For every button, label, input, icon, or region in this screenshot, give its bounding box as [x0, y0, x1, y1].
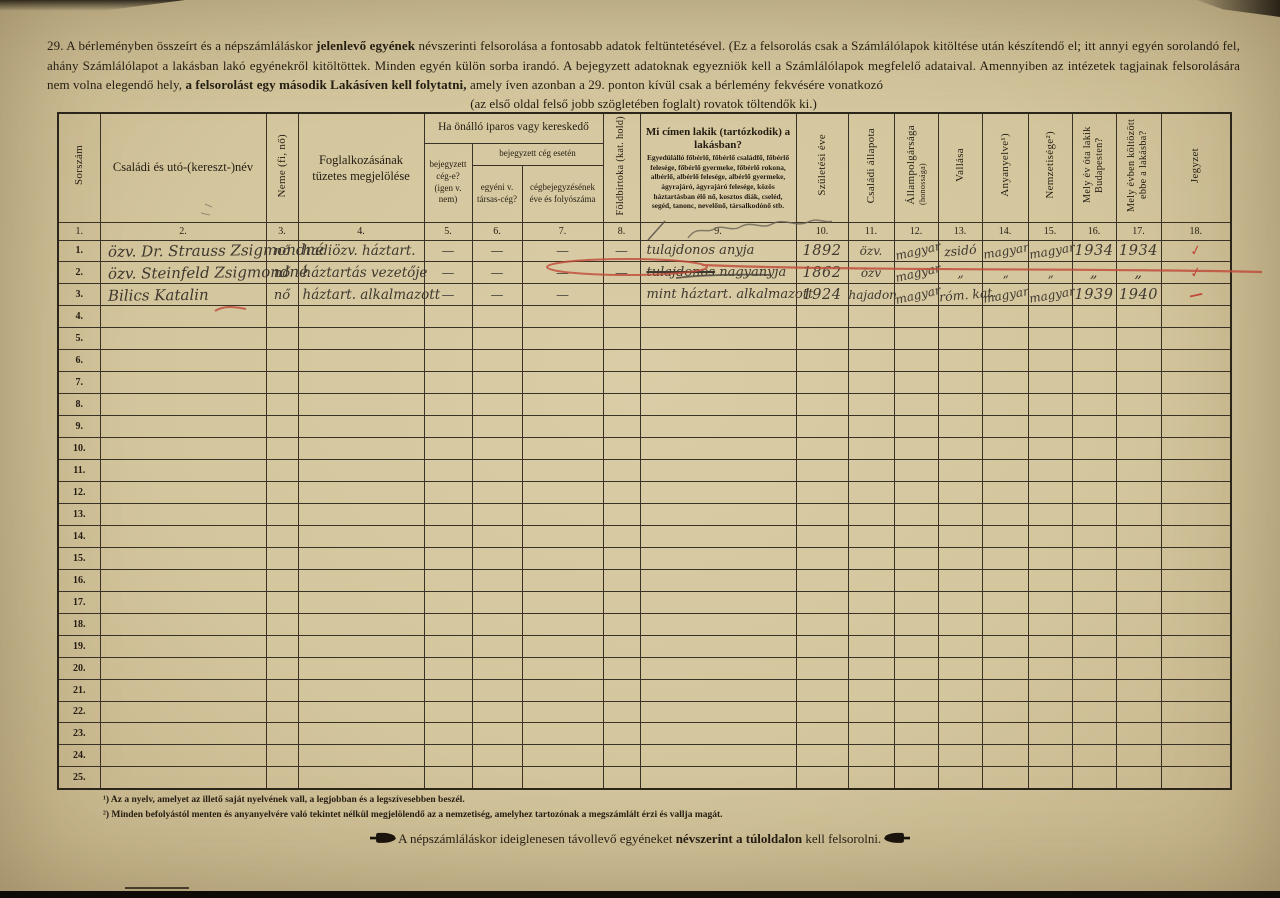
table-cell	[1161, 372, 1231, 394]
table-cell	[894, 723, 938, 745]
table-cell	[640, 503, 796, 525]
handwritten-entry: ✓	[1188, 242, 1203, 260]
table-cell	[848, 723, 894, 745]
col-num: 10.	[796, 222, 848, 240]
header-foglalkozas: Foglalkozásának tüzetes megjelölése	[298, 113, 424, 222]
row-number: 3.	[58, 284, 100, 306]
intro-last-line: (az első oldal felső jobb szögletében fo…	[47, 96, 1240, 112]
table-cell	[1161, 613, 1231, 635]
table-cell	[982, 438, 1028, 460]
table-cell	[640, 350, 796, 372]
table-cell	[938, 416, 982, 438]
table-cell	[522, 438, 603, 460]
table-cell	[472, 372, 522, 394]
table-cell	[603, 284, 640, 306]
table-cell	[1028, 701, 1072, 723]
table-cell	[1116, 503, 1161, 525]
table-cell	[640, 745, 796, 767]
table-cell	[522, 328, 603, 350]
table-cell	[603, 460, 640, 482]
table-cell	[603, 306, 640, 328]
manicule-left-icon	[884, 832, 910, 845]
table-cell	[938, 438, 982, 460]
header-egyeni-tarsas: egyéni v. társas-cég?	[472, 165, 522, 222]
table-cell	[1116, 547, 1161, 569]
table-row: 16.	[58, 569, 1231, 591]
header-mely-evben-lakas: Mely évben költözött ebbe a lakásba?	[1116, 113, 1161, 222]
header-mi-cimen: Mi címen lakik (tartózkodik) a lakásban?…	[640, 113, 796, 222]
table-row: 3.Bilics Katalinnőháztart. alkalmazott——…	[58, 284, 1231, 306]
table-cell	[1072, 635, 1116, 657]
table-cell	[938, 306, 982, 328]
col-num: 17.	[1116, 222, 1161, 240]
handwritten-entry: ✓	[1188, 264, 1203, 282]
table-cell	[424, 350, 472, 372]
table-cell	[266, 328, 298, 350]
table-cell	[100, 394, 266, 416]
table-cell	[1161, 591, 1231, 613]
table-cell	[796, 767, 848, 789]
table-cell	[640, 328, 796, 350]
table-cell	[640, 635, 796, 657]
table-cell	[1116, 745, 1161, 767]
table-cell	[982, 723, 1028, 745]
handwritten-entry: —	[442, 266, 455, 281]
handwritten-entry: —	[556, 266, 569, 281]
table-cell	[982, 306, 1028, 328]
table-row: 14.	[58, 525, 1231, 547]
col-num: 14.	[982, 222, 1028, 240]
table-row: 17.	[58, 591, 1231, 613]
table-cell	[298, 306, 424, 328]
table-row: 22.	[58, 701, 1231, 723]
table-row: 25.	[58, 767, 1231, 789]
table-cell	[1028, 503, 1072, 525]
table-cell	[640, 657, 796, 679]
table-cell	[1028, 591, 1072, 613]
col-num: 9.	[640, 222, 796, 240]
table-cell	[796, 306, 848, 328]
table-cell	[603, 767, 640, 789]
table-cell	[1028, 306, 1072, 328]
table-cell	[982, 328, 1028, 350]
column-number-row: 1. 2. 3. 4. 5. 6. 7. 8. 9. 10. 11. 12. 1…	[58, 222, 1231, 240]
table-cell	[1028, 416, 1072, 438]
handwritten-entry: 1939	[1075, 287, 1114, 303]
table-cell	[1116, 723, 1161, 745]
table-cell	[848, 679, 894, 701]
table-cell: —	[472, 284, 522, 306]
handwritten-entry: 1924	[803, 287, 842, 303]
table-cell	[1116, 394, 1161, 416]
table-cell	[894, 372, 938, 394]
table-cell	[640, 481, 796, 503]
table-cell	[1116, 328, 1161, 350]
table-cell	[1072, 306, 1116, 328]
table-cell	[522, 350, 603, 372]
table-cell	[424, 547, 472, 569]
table-cell	[100, 591, 266, 613]
handwritten-entry: —	[491, 288, 504, 303]
handwritten-entry: „	[1090, 265, 1098, 281]
header-neme: Neme (fi, nő)	[266, 113, 298, 222]
table-cell	[424, 635, 472, 657]
table-cell	[298, 525, 424, 547]
table-cell	[1072, 701, 1116, 723]
table-cell	[894, 394, 938, 416]
table-cell: tulajdonos nagyanyja	[640, 262, 796, 284]
handwritten-entry: özv. Dr. Strauss Zsigmondné	[100, 241, 265, 261]
table-cell: —	[522, 240, 603, 262]
table-cell	[100, 525, 266, 547]
table-cell	[1161, 701, 1231, 723]
header-group-iparos: Ha önálló iparos vagy kereskedő	[424, 113, 603, 143]
table-cell	[1161, 569, 1231, 591]
table-cell	[603, 481, 640, 503]
table-cell	[894, 569, 938, 591]
handwritten-entry: magyar	[894, 283, 942, 307]
table-cell	[1116, 460, 1161, 482]
header-mi-cimen-subtext: Egyedülálló főbérlő, főbérlő családfő, f…	[641, 153, 796, 212]
table-cell	[848, 701, 894, 723]
table-cell	[472, 438, 522, 460]
table-cell	[894, 503, 938, 525]
table-cell	[266, 306, 298, 328]
table-cell: nő	[266, 284, 298, 306]
table-cell	[522, 460, 603, 482]
table-cell	[848, 547, 894, 569]
header-bejegyzett-ceg: bejegy­zett cég-e? (igen v. nem)	[424, 143, 472, 222]
table-cell	[522, 635, 603, 657]
table-cell	[424, 723, 472, 745]
table-cell	[640, 613, 796, 635]
table-cell	[522, 657, 603, 679]
handwritten-entry: mint háztart. alkalmazott	[641, 287, 796, 302]
row-number: 11.	[58, 460, 100, 482]
table-cell	[982, 679, 1028, 701]
table-cell	[1116, 306, 1161, 328]
table-cell	[982, 394, 1028, 416]
table-cell: háztart. alkalmazott	[298, 284, 424, 306]
row-number: 24.	[58, 745, 100, 767]
scan-shadow-top-right	[1185, 0, 1280, 17]
handwritten-entry: „	[956, 265, 964, 281]
table-cell	[1161, 394, 1231, 416]
table-cell	[1161, 657, 1231, 679]
table-cell: 1862	[796, 262, 848, 284]
table-cell	[894, 745, 938, 767]
table-row: 5.	[58, 328, 1231, 350]
table-cell	[640, 547, 796, 569]
footnote-1: ¹) Az a nyelv, amelyet az illető saját n…	[103, 793, 723, 808]
table-cell	[796, 525, 848, 547]
table-cell	[472, 394, 522, 416]
table-cell	[982, 416, 1028, 438]
row-number: 10.	[58, 438, 100, 460]
table-cell	[848, 635, 894, 657]
table-cell	[266, 394, 298, 416]
table-cell: 1940	[1116, 284, 1161, 306]
table-cell	[100, 547, 266, 569]
table-cell	[100, 679, 266, 701]
col-num: 13.	[938, 222, 982, 240]
table-cell	[266, 525, 298, 547]
handwritten-entry: háztartás vezetője	[299, 265, 424, 281]
table-cell	[938, 460, 982, 482]
table-cell	[796, 372, 848, 394]
table-row: 9.	[58, 416, 1231, 438]
header-csaladi-allapot: Családi állapota	[848, 113, 894, 222]
table-cell	[603, 723, 640, 745]
table-cell	[298, 328, 424, 350]
col-num: 15.	[1028, 222, 1072, 240]
table-cell	[472, 745, 522, 767]
handwritten-entry: —	[615, 266, 628, 281]
table-row: 13.	[58, 503, 1231, 525]
scan-shadow-top-left	[0, 0, 185, 11]
table-cell	[1161, 525, 1231, 547]
table-cell	[472, 460, 522, 482]
table-cell	[1161, 350, 1231, 372]
table-cell: tulajdonos anyja	[640, 240, 796, 262]
table-cell	[472, 547, 522, 569]
table-cell	[796, 438, 848, 460]
header-allampolgarsag: Állampolgársága(honossága)	[894, 113, 938, 222]
table-cell	[603, 701, 640, 723]
table-cell: magyar	[894, 240, 938, 262]
handwritten-entry: özv. Steinfeld Zsigmondné	[100, 263, 265, 283]
row-number: 21.	[58, 679, 100, 701]
table-cell	[1072, 723, 1116, 745]
table-cell	[1161, 635, 1231, 657]
table-cell	[894, 460, 938, 482]
table-cell	[640, 306, 796, 328]
table-cell: zsidó	[938, 240, 982, 262]
table-cell	[640, 438, 796, 460]
census-table: Sorszám Családi és utó-(kereszt-)név Nem…	[57, 112, 1232, 790]
row-number: 22.	[58, 701, 100, 723]
table-cell	[848, 438, 894, 460]
table-cell	[1072, 745, 1116, 767]
table-cell	[266, 635, 298, 657]
table-cell	[424, 767, 472, 789]
col-num: 4.	[298, 222, 424, 240]
handwritten-entry: özv.	[860, 244, 883, 258]
header-sorszam: Sorszám	[58, 113, 100, 222]
table-cell	[603, 679, 640, 701]
header-cegbejegyzes: cégbejegyzésé­nek éve és folyószáma	[522, 165, 603, 222]
table-cell	[982, 547, 1028, 569]
manicule-right-icon	[370, 832, 396, 845]
table-cell	[472, 350, 522, 372]
table-cell: —	[472, 262, 522, 284]
table-cell	[1028, 767, 1072, 789]
table-cell	[522, 745, 603, 767]
table-cell	[472, 591, 522, 613]
table-row: 18.	[58, 613, 1231, 635]
table-cell	[1028, 328, 1072, 350]
table-cell: magyar	[982, 240, 1028, 262]
handwritten-entry: magyar	[982, 240, 1030, 262]
table-cell	[848, 613, 894, 635]
table-cell	[982, 745, 1028, 767]
table-cell	[266, 723, 298, 745]
table-cell	[100, 767, 266, 789]
table-cell	[1072, 372, 1116, 394]
table-cell	[298, 657, 424, 679]
table-cell	[100, 372, 266, 394]
table-cell	[848, 416, 894, 438]
table-cell	[1028, 569, 1072, 591]
table-cell	[894, 306, 938, 328]
row-number: 25.	[58, 767, 100, 789]
table-cell	[522, 679, 603, 701]
table-cell	[522, 525, 603, 547]
table-cell	[796, 745, 848, 767]
table-cell	[796, 481, 848, 503]
table-cell	[894, 350, 938, 372]
handwritten-entry: nő	[274, 288, 290, 303]
header-name: Családi és utó-(kereszt-)név	[100, 113, 266, 222]
table-cell	[472, 767, 522, 789]
table-cell	[1072, 394, 1116, 416]
table-cell	[100, 503, 266, 525]
row-number: 5.	[58, 328, 100, 350]
table-cell	[938, 591, 982, 613]
table-cell	[1028, 723, 1072, 745]
table-cell	[424, 394, 472, 416]
handwritten-entry: —	[615, 244, 628, 259]
table-cell	[1116, 569, 1161, 591]
table-cell: —	[424, 240, 472, 262]
header-mely-ev-budapest: Mely év óta lakik Budapesten?	[1072, 113, 1116, 222]
handwritten-entry: magyar	[894, 239, 942, 263]
table-cell	[848, 745, 894, 767]
table-row: 23.	[58, 723, 1231, 745]
table-cell	[266, 679, 298, 701]
handwritten-entry: 1940	[1119, 287, 1158, 303]
table-cell	[1072, 679, 1116, 701]
table-cell	[100, 701, 266, 723]
table-cell	[100, 481, 266, 503]
table-cell: magyar	[1028, 284, 1072, 306]
table-cell	[1028, 635, 1072, 657]
table-cell	[298, 679, 424, 701]
table-cell	[796, 569, 848, 591]
table-cell	[796, 679, 848, 701]
table-cell	[603, 372, 640, 394]
table-cell	[1116, 416, 1161, 438]
table-cell	[982, 701, 1028, 723]
header-group-bejegyzett: bejegyzett cég esetén	[472, 143, 603, 165]
table-cell: „	[938, 262, 982, 284]
table-cell	[522, 767, 603, 789]
table-cell	[472, 569, 522, 591]
table-cell	[100, 306, 266, 328]
table-cell	[1072, 525, 1116, 547]
table-cell: magyar	[1028, 240, 1072, 262]
table-cell	[100, 328, 266, 350]
table-row: 1.özv. Dr. Strauss Zsigmondnénőhadiözv. …	[58, 240, 1231, 262]
table-cell	[1116, 613, 1161, 635]
table-cell	[982, 460, 1028, 482]
handwritten-entry: magyar	[1028, 284, 1076, 306]
table-cell	[424, 701, 472, 723]
table-cell	[848, 328, 894, 350]
table-cell	[298, 745, 424, 767]
table-cell	[603, 569, 640, 591]
table-cell	[894, 701, 938, 723]
table-cell	[796, 635, 848, 657]
table-cell	[266, 547, 298, 569]
table-cell	[266, 460, 298, 482]
handwritten-entry: —	[556, 288, 569, 303]
col-num: 3.	[266, 222, 298, 240]
table-cell: ✓	[1161, 240, 1231, 262]
table-cell	[298, 481, 424, 503]
table-cell	[1116, 438, 1161, 460]
table-cell	[603, 613, 640, 635]
table-cell	[298, 547, 424, 569]
scan-edge-bottom	[0, 891, 1280, 898]
table-cell	[100, 569, 266, 591]
table-cell	[848, 394, 894, 416]
table-cell	[100, 460, 266, 482]
table-cell	[100, 613, 266, 635]
footnote-2: ²) Minden befolyástól menten és anyanyel…	[103, 808, 723, 823]
table-cell	[796, 701, 848, 723]
row-number: 17.	[58, 591, 100, 613]
handwritten-entry: —	[491, 244, 504, 259]
table-cell	[938, 569, 982, 591]
table-cell	[298, 613, 424, 635]
table-cell	[938, 372, 982, 394]
handwritten-entry: hajadon	[849, 288, 897, 302]
table-cell: „	[1116, 262, 1161, 284]
handwritten-entry: —	[491, 266, 504, 281]
table-cell	[1116, 481, 1161, 503]
table-cell: magyar	[894, 284, 938, 306]
table-cell	[1161, 416, 1231, 438]
table-cell	[472, 657, 522, 679]
table-cell	[640, 723, 796, 745]
table-cell	[522, 481, 603, 503]
table-cell	[522, 306, 603, 328]
table-cell	[938, 613, 982, 635]
row-number: 2.	[58, 262, 100, 284]
table-cell	[1028, 525, 1072, 547]
handwritten-entry: —	[556, 244, 569, 259]
table-cell	[472, 503, 522, 525]
handwritten-entry: magyar	[1028, 240, 1076, 262]
table-cell	[472, 481, 522, 503]
table-cell	[1161, 745, 1231, 767]
table-cell	[1072, 416, 1116, 438]
table-row: 4.	[58, 306, 1231, 328]
table-cell	[298, 723, 424, 745]
table-cell	[603, 503, 640, 525]
handwritten-entry: „	[1001, 265, 1010, 280]
row-number: 20.	[58, 657, 100, 679]
table-cell	[424, 481, 472, 503]
table-cell	[1028, 679, 1072, 701]
row-number: 16.	[58, 569, 100, 591]
table-cell	[982, 657, 1028, 679]
table-cell	[424, 328, 472, 350]
table-cell	[472, 679, 522, 701]
table-cell	[1116, 372, 1161, 394]
table-cell	[894, 591, 938, 613]
